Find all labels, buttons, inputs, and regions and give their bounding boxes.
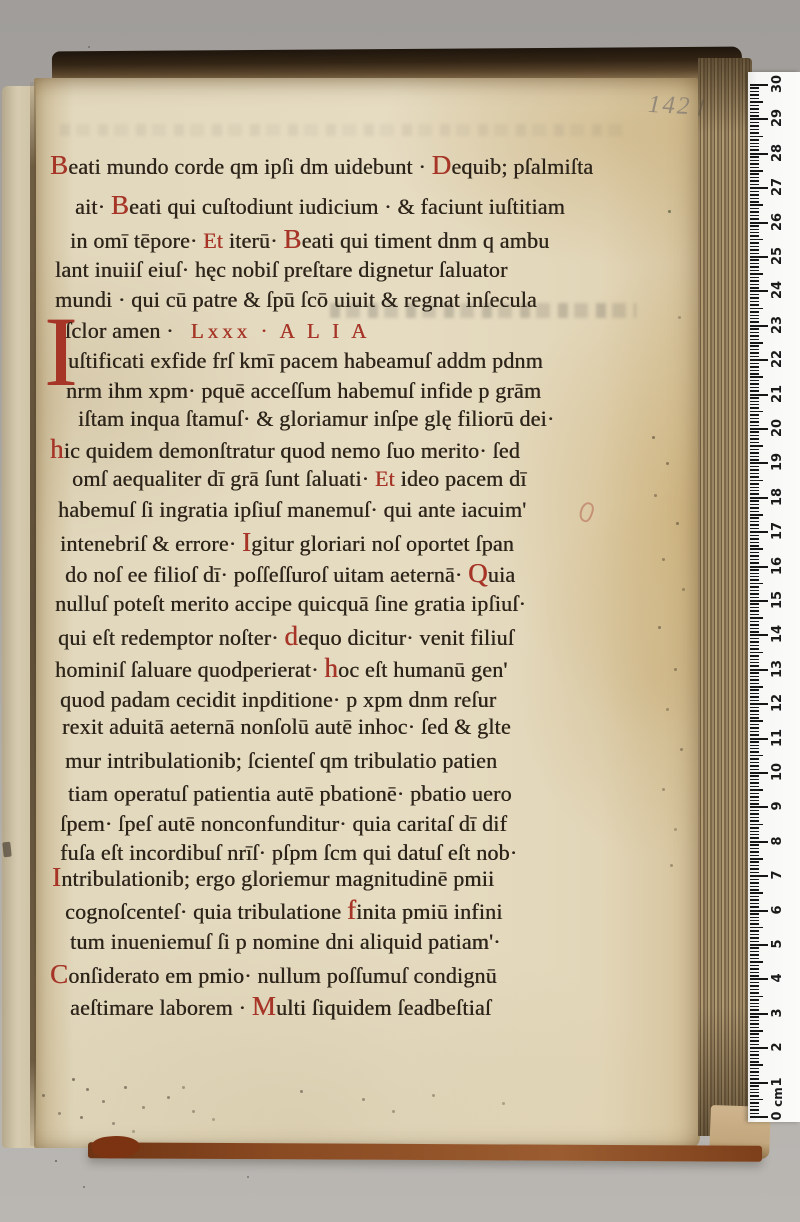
ruler-tick: [750, 156, 759, 158]
ruler-tick: [750, 469, 759, 471]
ruler-tick: [750, 824, 763, 826]
ruler-tick: [750, 297, 759, 299]
ruler-tick: [750, 115, 759, 117]
ruler-tick: [750, 834, 759, 836]
ruler-tick: [750, 1061, 759, 1063]
ruler-tick: [750, 858, 763, 860]
ruler-tick: [750, 442, 759, 444]
ruler-tick: [750, 112, 759, 114]
ruler-tick: [750, 349, 759, 351]
ruler-tick: [750, 731, 759, 733]
ruler-number: 12: [770, 689, 786, 717]
ruler-tick: [750, 284, 759, 286]
ruler-tick: [750, 222, 768, 224]
ruler-number: 10: [770, 758, 786, 786]
ruler-tick: [750, 211, 759, 213]
ruler-tick: [750, 1058, 759, 1060]
ruler-tick: [750, 407, 759, 409]
ruler-tick: [750, 934, 759, 936]
ruler-tick: [750, 345, 759, 347]
ruler-tick: [750, 315, 759, 317]
ruler-tick: [750, 800, 759, 802]
ruler-tick: [750, 229, 759, 231]
ruler-tick: [750, 1071, 759, 1073]
ruler-tick: [750, 628, 759, 630]
ruler-number: 2: [770, 1033, 786, 1061]
ruler-tick: [750, 143, 759, 145]
ruler-tick: [750, 638, 759, 640]
ruler-tick: [750, 593, 759, 595]
ruler-tick: [750, 696, 759, 698]
ruler-tick: [750, 459, 759, 461]
stain-speckles: [652, 436, 655, 439]
ruler-tick: [750, 882, 759, 884]
ruler-tick: [750, 1051, 759, 1053]
ruler-tick: [750, 724, 759, 726]
ruler-number: 16: [770, 552, 786, 580]
ruler-tick: [750, 672, 759, 674]
ruler-tick: [750, 235, 759, 237]
ruler-tick: [750, 311, 759, 313]
ruler-tick: [750, 992, 759, 994]
ruler-tick: [750, 738, 768, 740]
ruler-tick: [750, 1023, 759, 1025]
ruler-tick: [750, 1033, 759, 1035]
ruler-tick: [750, 521, 759, 523]
ruler-tick: [750, 965, 759, 967]
ruler-tick: [750, 1109, 759, 1111]
ruler-tick: [750, 844, 759, 846]
ruler-tick: [750, 1013, 768, 1015]
ruler-tick: [750, 328, 759, 330]
ruler-tick: [750, 431, 759, 433]
ruler-tick: [750, 927, 763, 929]
ruler-tick: [750, 552, 759, 554]
ruler-tick: [750, 831, 759, 833]
ruler-tick: [750, 693, 759, 695]
ruler-tick: [750, 242, 759, 244]
ruler-tick: [750, 476, 759, 478]
ruler-number: 25: [770, 242, 786, 270]
ruler-tick: [750, 94, 759, 96]
ruler-tick: [750, 170, 763, 172]
ruler-tick: [750, 868, 759, 870]
ruler-tick: [750, 173, 759, 175]
ruler-tick: [750, 524, 759, 526]
ruler-tick: [750, 782, 759, 784]
ruler-tick: [750, 125, 759, 127]
ruler-tick: [750, 923, 759, 925]
ruler-number: 28: [770, 139, 786, 167]
ruler-tick: [750, 634, 768, 636]
ruler-tick: [750, 548, 763, 550]
ruler-tick: [750, 198, 759, 200]
ruler-tick: [750, 872, 759, 874]
ruler-tick: [750, 359, 768, 361]
ruler-tick: [750, 280, 759, 282]
ruler-tick: [750, 573, 759, 575]
ruler-tick: [750, 827, 759, 829]
measuring-ruler: 0123456789101112131415161718192021222324…: [748, 72, 800, 1122]
ruler-number: 19: [770, 448, 786, 476]
ruler-tick: [750, 700, 759, 702]
ink-showthrough: [330, 303, 636, 318]
ruler-number: 14: [770, 620, 786, 648]
ruler-tick: [750, 951, 759, 953]
ruler-tick: [750, 132, 759, 134]
ruler-tick: [750, 1006, 759, 1008]
ruler-tick: [750, 837, 759, 839]
ruler-tick: [750, 507, 759, 509]
ruler-tick: [750, 487, 759, 489]
ruler-tick: [750, 108, 759, 110]
ruler-tick: [750, 1116, 768, 1118]
ruler-tick: [750, 944, 768, 946]
ruler-tick: [750, 1089, 759, 1091]
ruler-tick: [750, 755, 763, 757]
ruler-tick: [750, 583, 763, 585]
dust-specks: [55, 1160, 57, 1162]
ruler-tick: [750, 270, 759, 272]
ruler-tick: [750, 225, 759, 227]
ruler-tick: [750, 493, 759, 495]
ruler-tick: [750, 462, 768, 464]
ruler-number: 15: [770, 586, 786, 614]
ruler-tick: [750, 167, 759, 169]
ruler-tick: [750, 686, 763, 688]
ruler-tick: [750, 817, 759, 819]
ruler-tick: [750, 810, 759, 812]
ruler-tick: [750, 404, 759, 406]
ruler-tick: [750, 528, 759, 530]
ruler-tick: [750, 1047, 768, 1049]
ruler-tick: [750, 796, 759, 798]
ruler-number: 9: [770, 792, 786, 820]
ruler-tick: [750, 490, 759, 492]
ruler-number: 6: [770, 896, 786, 924]
ruler-tick: [750, 184, 759, 186]
ruler-tick: [750, 555, 759, 557]
ruler-tick: [750, 961, 763, 963]
ruler-number: 26: [770, 208, 786, 236]
ruler-tick: [750, 758, 759, 760]
ruler-tick: [750, 717, 759, 719]
ruler-tick: [750, 851, 759, 853]
ruler-number: 5: [770, 930, 786, 958]
ruler-tick: [750, 259, 759, 261]
ruler-tick: [750, 1068, 759, 1070]
ruler-tick: [750, 139, 759, 141]
ruler-number: 3: [770, 999, 786, 1027]
ruler-tick: [750, 906, 759, 908]
ruler-tick: [750, 263, 759, 265]
ruler-number: 11: [770, 724, 786, 752]
ruler-number: 18: [770, 483, 786, 511]
ruler-tick: [750, 607, 759, 609]
ruler-tick: [750, 710, 759, 712]
ruler-tick: [750, 1075, 759, 1077]
ruler-number: 24: [770, 276, 786, 304]
ruler-tick: [750, 397, 759, 399]
ruler-tick: [750, 1095, 759, 1097]
ruler-tick: [750, 191, 759, 193]
ruler-tick: [750, 937, 759, 939]
ruler-tick: [750, 920, 759, 922]
ruler-tick: [750, 875, 768, 877]
ruler-tick: [750, 861, 759, 863]
ruler-tick: [750, 999, 759, 1001]
ruler-tick: [750, 1009, 759, 1011]
ruler-tick: [750, 896, 759, 898]
ruler-tick: [750, 356, 759, 358]
facing-page-ink-mark: [2, 842, 12, 858]
ruler-number: 29: [770, 104, 786, 132]
ruler-tick: [750, 129, 759, 131]
ruler-tick: [750, 387, 759, 389]
ruler-tick: [750, 232, 759, 234]
ruler-tick: [750, 335, 759, 337]
ruler-tick: [750, 1106, 759, 1108]
ruler-number: 20: [770, 414, 786, 442]
ruler-tick: [750, 720, 763, 722]
ruler-tick: [750, 614, 759, 616]
ruler-tick: [750, 535, 759, 537]
ruler-tick: [750, 903, 759, 905]
ruler-tick: [750, 769, 759, 771]
ruler-tick: [750, 287, 759, 289]
ruler-tick: [750, 483, 759, 485]
ruler-tick: [750, 848, 759, 850]
ruler-tick: [750, 504, 759, 506]
ruler-tick: [750, 239, 763, 241]
ruler-tick: [750, 308, 763, 310]
ruler-tick: [750, 101, 763, 103]
ruler-tick: [750, 603, 759, 605]
ruler-unit-label: cm: [770, 1083, 786, 1111]
ruler-tick: [750, 714, 759, 716]
ruler-tick: [750, 414, 759, 416]
ruler-tick: [750, 208, 759, 210]
ruler-number: 27: [770, 173, 786, 201]
ruler-tick: [750, 177, 759, 179]
ruler-tick: [750, 968, 759, 970]
ruler-tick: [750, 930, 759, 932]
ruler-tick: [750, 1092, 759, 1094]
ruler-tick: [750, 449, 759, 451]
ruler-tick: [750, 1044, 759, 1046]
ruler-tick: [750, 683, 759, 685]
drop-cap-initial: I: [44, 302, 77, 402]
ruler-tick: [750, 576, 759, 578]
ruler-tick: [750, 786, 759, 788]
ruler-tick: [750, 363, 759, 365]
ruler-tick: [750, 793, 759, 795]
ruler-tick: [750, 1113, 759, 1115]
ruler-tick: [750, 466, 759, 468]
ruler-tick: [750, 1054, 759, 1056]
ruler-tick: [750, 163, 759, 165]
ruler-tick: [750, 913, 759, 915]
ruler-tick: [750, 249, 759, 251]
ruler-tick: [750, 98, 759, 100]
ruler-tick: [750, 803, 759, 805]
ruler-tick: [750, 418, 759, 420]
ruler-tick: [750, 689, 759, 691]
ruler-tick: [750, 772, 768, 774]
ruler-tick: [750, 87, 759, 89]
ruler-tick: [750, 569, 759, 571]
ruler-tick: [750, 762, 759, 764]
ruler-tick: [750, 383, 759, 385]
manuscript-page: [34, 78, 700, 1148]
ruler-tick: [750, 899, 759, 901]
ruler-tick: [750, 855, 759, 857]
ruler-tick: [750, 621, 759, 623]
ruler-tick: [750, 445, 763, 447]
ruler-tick: [750, 146, 759, 148]
ruler-tick: [750, 1020, 759, 1022]
ruler-tick: [750, 266, 759, 268]
ruler-tick: [750, 394, 768, 396]
ruler-tick: [750, 480, 763, 482]
ruler-tick: [750, 631, 759, 633]
ruler-tick: [750, 679, 759, 681]
ruler-tick: [750, 538, 759, 540]
ruler-tick: [750, 676, 759, 678]
ruler-tick: [750, 318, 759, 320]
ruler-tick: [750, 586, 759, 588]
ruler-tick: [750, 425, 759, 427]
ruler-tick: [750, 180, 759, 182]
ruler-tick: [750, 187, 768, 189]
ink-showthrough: [60, 124, 626, 136]
ruler-tick: [750, 194, 759, 196]
ruler-tick: [750, 1102, 759, 1104]
ruler-tick: [750, 954, 759, 956]
ruler-tick: [750, 321, 759, 323]
ruler-tick: [750, 972, 759, 974]
book-cover-bottom-edge: [88, 1142, 762, 1162]
ruler-number: 4: [770, 964, 786, 992]
ruler-tick: [750, 745, 759, 747]
folio-number: 142: [647, 91, 692, 121]
ruler-tick: [750, 411, 763, 413]
ruler-tick: [750, 941, 759, 943]
ruler-tick: [750, 1064, 763, 1066]
ruler-tick: [750, 201, 759, 203]
ruler-tick: [750, 325, 768, 327]
ruler-tick: [750, 624, 759, 626]
ruler-tick: [750, 975, 759, 977]
ruler-tick: [750, 562, 759, 564]
ruler-tick: [750, 105, 759, 107]
ruler-tick: [750, 806, 768, 808]
ruler-tick: [750, 662, 759, 664]
ruler-tick: [750, 566, 768, 568]
ruler-tick: [750, 879, 759, 881]
ruler-tick: [750, 600, 768, 602]
ruler-tick: [750, 149, 759, 151]
ruler-tick: [750, 1078, 759, 1080]
ruler-tick: [750, 332, 759, 334]
ruler-tick: [750, 703, 768, 705]
ruler-tick: [750, 370, 759, 372]
ruler-tick: [750, 841, 768, 843]
manuscript-photograph: 142 I Beati mundo corde qm ipſi dm uideb…: [0, 0, 800, 1222]
ruler-tick: [750, 996, 763, 998]
ruler-tick: [750, 652, 763, 654]
ruler-tick: [750, 910, 768, 912]
ruler-number: 30: [770, 70, 786, 98]
ruler-tick: [750, 84, 768, 86]
ruler-tick: [750, 886, 759, 888]
ruler-tick: [750, 542, 759, 544]
ruler-number: 21: [770, 380, 786, 408]
ruler-tick: [750, 1085, 759, 1087]
ruler-tick: [750, 958, 759, 960]
ruler-tick: [750, 779, 759, 781]
ruler-tick: [750, 892, 763, 894]
ruler-number: 22: [770, 345, 786, 373]
ruler-number: 8: [770, 827, 786, 855]
ruler-tick: [750, 748, 759, 750]
ruler-tick: [750, 765, 759, 767]
ruler-tick: [750, 390, 759, 392]
ruler-tick: [750, 366, 759, 368]
ruler-tick: [750, 277, 759, 279]
ruler-tick: [750, 160, 759, 162]
ruler-tick: [750, 917, 759, 919]
ruler-tick: [750, 514, 763, 516]
ruler-tick: [750, 352, 759, 354]
ruler-tick: [750, 253, 759, 255]
ruler-tick: [750, 590, 759, 592]
ruler-tick: [750, 136, 763, 138]
ruler-number: 13: [770, 655, 786, 683]
ruler-tick: [750, 401, 759, 403]
ruler-tick: [750, 1099, 763, 1101]
page-stack-fore-edge: [698, 58, 752, 1136]
ruler-tick: [750, 669, 768, 671]
ruler-tick: [750, 273, 763, 275]
ruler-number: 7: [770, 861, 786, 889]
ruler-tick: [750, 982, 759, 984]
ruler-tick: [750, 153, 768, 155]
ruler-tick: [750, 497, 768, 499]
gutter-crease: [30, 82, 36, 1146]
ruler-tick: [750, 118, 768, 120]
ruler-tick: [750, 734, 759, 736]
ruler-tick: [750, 1003, 759, 1005]
ruler-tick: [750, 428, 768, 430]
ruler-tick: [750, 438, 759, 440]
ruler-tick: [750, 373, 759, 375]
ruler-tick: [750, 947, 759, 949]
ruler-tick: [750, 617, 763, 619]
ruler-tick: [750, 256, 768, 258]
ruler-tick: [750, 645, 759, 647]
ruler-tick: [750, 511, 759, 513]
ruler-tick: [750, 545, 759, 547]
ruler-tick: [750, 559, 759, 561]
ruler-tick: [750, 301, 759, 303]
ruler-tick: [750, 91, 759, 93]
ruler-tick: [750, 531, 768, 533]
ruler-tick: [750, 889, 759, 891]
ruler-tick: [750, 500, 759, 502]
ruler-tick: [750, 1082, 768, 1084]
ruler-tick: [750, 290, 768, 292]
